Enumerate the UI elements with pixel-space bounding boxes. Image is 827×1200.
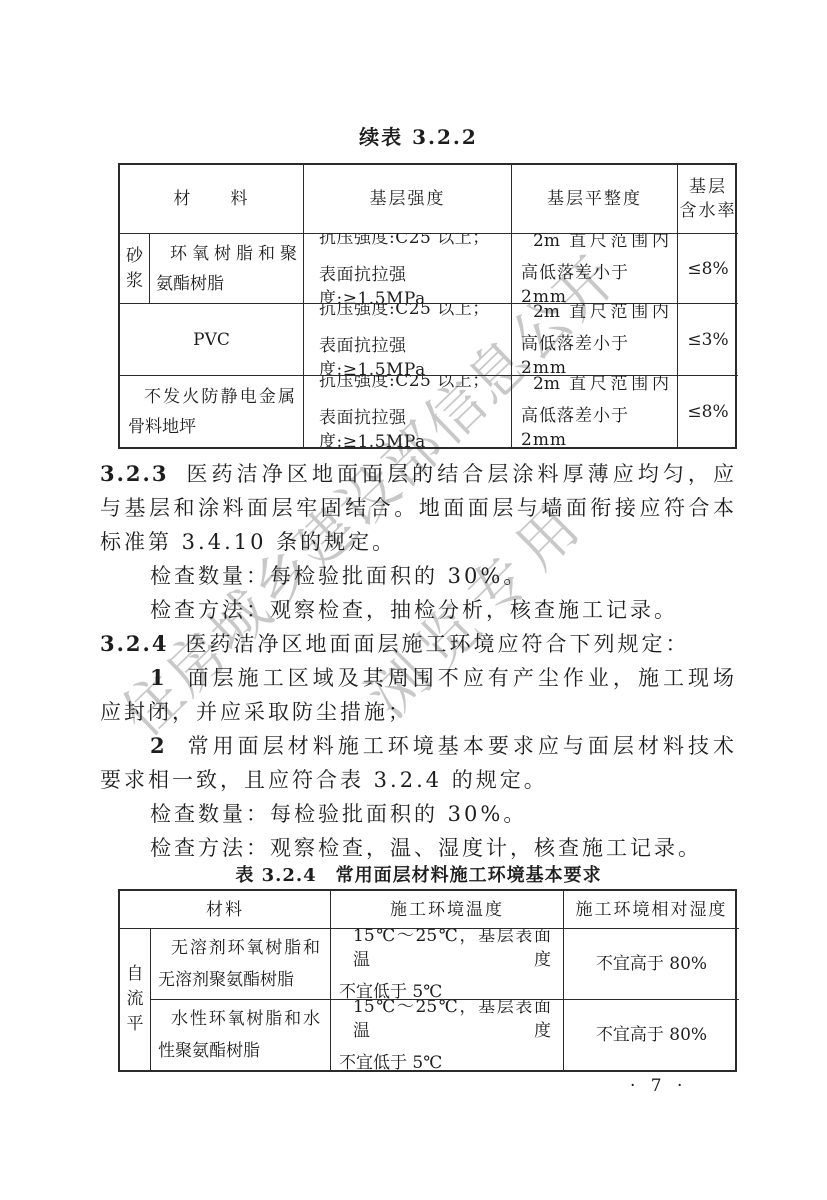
material-line2: 性聚氨酯树脂	[151, 1039, 330, 1063]
table-324-header-temperature: 施工环境温度	[331, 891, 564, 929]
strength-line1: 抗压强度:C25 以上；	[304, 234, 511, 250]
table-row-group-self-leveling: 自流平	[120, 929, 151, 1070]
check-method-line: 检查方法：观察检查，抽检分析，核查施工记录。	[100, 593, 737, 627]
table-row-group-mortar: 砂浆	[120, 234, 150, 304]
item-number: 2	[150, 733, 168, 758]
material-line1: 水性环氧树脂和水	[151, 1007, 330, 1031]
flatness-line1: 2m 直尺范围内	[512, 234, 677, 253]
material-line2: 骨料地坪	[120, 415, 303, 439]
flatness-line2: 高低落差小于 2mm	[512, 404, 677, 448]
clauses-block: 3.2.3医药洁净区地面面层的结合层涂料厚薄应均匀，应与基层和涂料面层牢固结合。…	[100, 457, 737, 865]
table-cell-moisture: ≤8%	[678, 376, 738, 447]
material-line2: 无溶剂聚氨酯树脂	[151, 968, 330, 992]
clause-3-2-3: 3.2.3医药洁净区地面面层的结合层涂料厚薄应均匀，应与基层和涂料面层牢固结合。…	[100, 457, 737, 559]
scanned-standard-page: 住房城乡建设部信息公开 浏览专用 续表 3.2.2 材 料 基层强度 基层平整度…	[0, 0, 827, 1200]
check-method-line: 检查方法：观察检查，温、湿度计，核查施工记录。	[100, 831, 737, 865]
table-cell-temperature: 15℃～25℃，基层表面温度 不宜低于 5℃	[331, 929, 564, 1000]
check-quantity-line: 检查数量：每检验批面积的 30%。	[100, 559, 737, 593]
table-322-header-material: 材 料	[120, 165, 304, 234]
table-cell-flatness: 2m 直尺范围内 高低落差小于 2mm	[512, 304, 678, 376]
clause-number: 3.2.4	[100, 631, 168, 656]
table-322: 材 料 基层强度 基层平整度 基层 含水率 砂浆 环氧树脂和聚 氨酯树脂 抗压强…	[118, 163, 737, 449]
temperature-line1: 15℃～25℃，基层表面温度	[331, 1000, 563, 1043]
table-cell-strength: 抗压强度:C25 以上； 表面抗拉强度:≥1.5MPa	[304, 304, 512, 376]
table-322-header-moisture-line1: 基层	[689, 175, 727, 199]
table-cell-material: 环氧树脂和聚 氨酯树脂	[150, 234, 304, 304]
clause-3-2-4: 3.2.4医药洁净区地面面层施工环境应符合下列规定：	[100, 627, 737, 661]
temperature-line1: 15℃～25℃，基层表面温度	[331, 929, 563, 972]
strength-line2: 表面抗拉强度:≥1.5MPa	[304, 263, 511, 304]
group-label-vertical: 自流平	[125, 962, 145, 1037]
item-text: 常用面层材料施工环境基本要求应与面层材料技术要求相一致，且应符合表 3.2.4 …	[100, 734, 737, 792]
group-label-vertical: 砂浆	[125, 244, 145, 294]
table-cell-material: 不发火防静电金属 骨料地坪	[120, 376, 304, 447]
table-322-title: 续表 3.2.2	[100, 124, 737, 150]
table-cell-material: 无溶剂环氧树脂和 无溶剂聚氨酯树脂	[151, 929, 331, 1000]
table-cell-humidity: 不宜高于 80%	[564, 929, 739, 1000]
flatness-line2: 高低落差小于 2mm	[512, 261, 677, 305]
clause-3-2-4-item-1: 1面层施工区域及其周围不应有产尘作业，施工现场应封闭，并应采取防尘措施；	[100, 661, 737, 729]
clause-text: 医药洁净区地面面层的结合层涂料厚薄应均匀，应与基层和涂料面层牢固结合。地面面层与…	[100, 462, 737, 554]
flatness-line2: 高低落差小于 2mm	[512, 332, 677, 377]
material-line1: 环氧树脂和聚	[150, 242, 303, 266]
table-cell-humidity: 不宜高于 80%	[564, 1000, 739, 1070]
strength-line2: 表面抗拉强度:≥1.5MPa	[304, 406, 511, 447]
page-number: · 7 ·	[630, 1076, 687, 1096]
table-324-header-material: 材料	[120, 891, 331, 929]
strength-line1: 抗压强度:C25 以上；	[304, 304, 511, 321]
table-324-title: 表 3.2.4 常用面层材料施工环境基本要求	[100, 865, 737, 887]
check-quantity-line: 检查数量：每检验批面积的 30%。	[100, 797, 737, 831]
material-line1: 无溶剂环氧树脂和	[151, 936, 330, 960]
material-line1: 不发火防静电金属	[120, 385, 303, 409]
table-322-header-moisture: 基层 含水率	[678, 165, 738, 234]
table-cell-moisture: ≤3%	[678, 304, 738, 376]
temperature-line2: 不宜低于 5℃	[331, 980, 563, 1000]
material-line2: 氨酯树脂	[150, 272, 303, 296]
temperature-line2: 不宜低于 5℃	[331, 1051, 563, 1070]
table-322-header-moisture-line2: 含水率	[680, 199, 737, 223]
table-cell-flatness: 2m 直尺范围内 高低落差小于 2mm	[512, 376, 678, 447]
item-number: 1	[150, 665, 168, 690]
table-322-header-flatness: 基层平整度	[512, 165, 678, 234]
table-cell-strength: 抗压强度:C25 以上； 表面抗拉强度:≥1.5MPa	[304, 234, 512, 304]
table-cell-strength: 抗压强度:C25 以上； 表面抗拉强度:≥1.5MPa	[304, 376, 512, 447]
table-322-header-strength: 基层强度	[304, 165, 512, 234]
strength-line2: 表面抗拉强度:≥1.5MPa	[304, 334, 511, 376]
clause-text: 医药洁净区地面面层施工环境应符合下列规定：	[185, 632, 689, 656]
table-324-header-humidity: 施工环境相对湿度	[564, 891, 739, 929]
flatness-line1: 2m 直尺范围内	[512, 304, 677, 324]
table-cell-moisture: ≤8%	[678, 234, 738, 304]
flatness-line1: 2m 直尺范围内	[512, 376, 677, 396]
clause-number: 3.2.3	[100, 461, 168, 486]
clause-3-2-4-item-2: 2常用面层材料施工环境基本要求应与面层材料技术要求相一致，且应符合表 3.2.4…	[100, 729, 737, 797]
strength-line1: 抗压强度:C25 以上；	[304, 376, 511, 393]
table-324: 材料 施工环境温度 施工环境相对湿度 自流平 无溶剂环氧树脂和 无溶剂聚氨酯树脂…	[118, 889, 737, 1072]
table-cell-material: 水性环氧树脂和水 性聚氨酯树脂	[151, 1000, 331, 1070]
table-cell-flatness: 2m 直尺范围内 高低落差小于 2mm	[512, 234, 678, 304]
table-cell-temperature: 15℃～25℃，基层表面温度 不宜低于 5℃	[331, 1000, 564, 1070]
page-content: 续表 3.2.2 材 料 基层强度 基层平整度 基层 含水率 砂浆 环氧树脂和聚…	[100, 124, 737, 1072]
item-text: 面层施工区域及其周围不应有产尘作业，施工现场应封闭，并应采取防尘措施；	[100, 666, 737, 724]
table-cell-material-pvc: PVC	[120, 304, 304, 376]
